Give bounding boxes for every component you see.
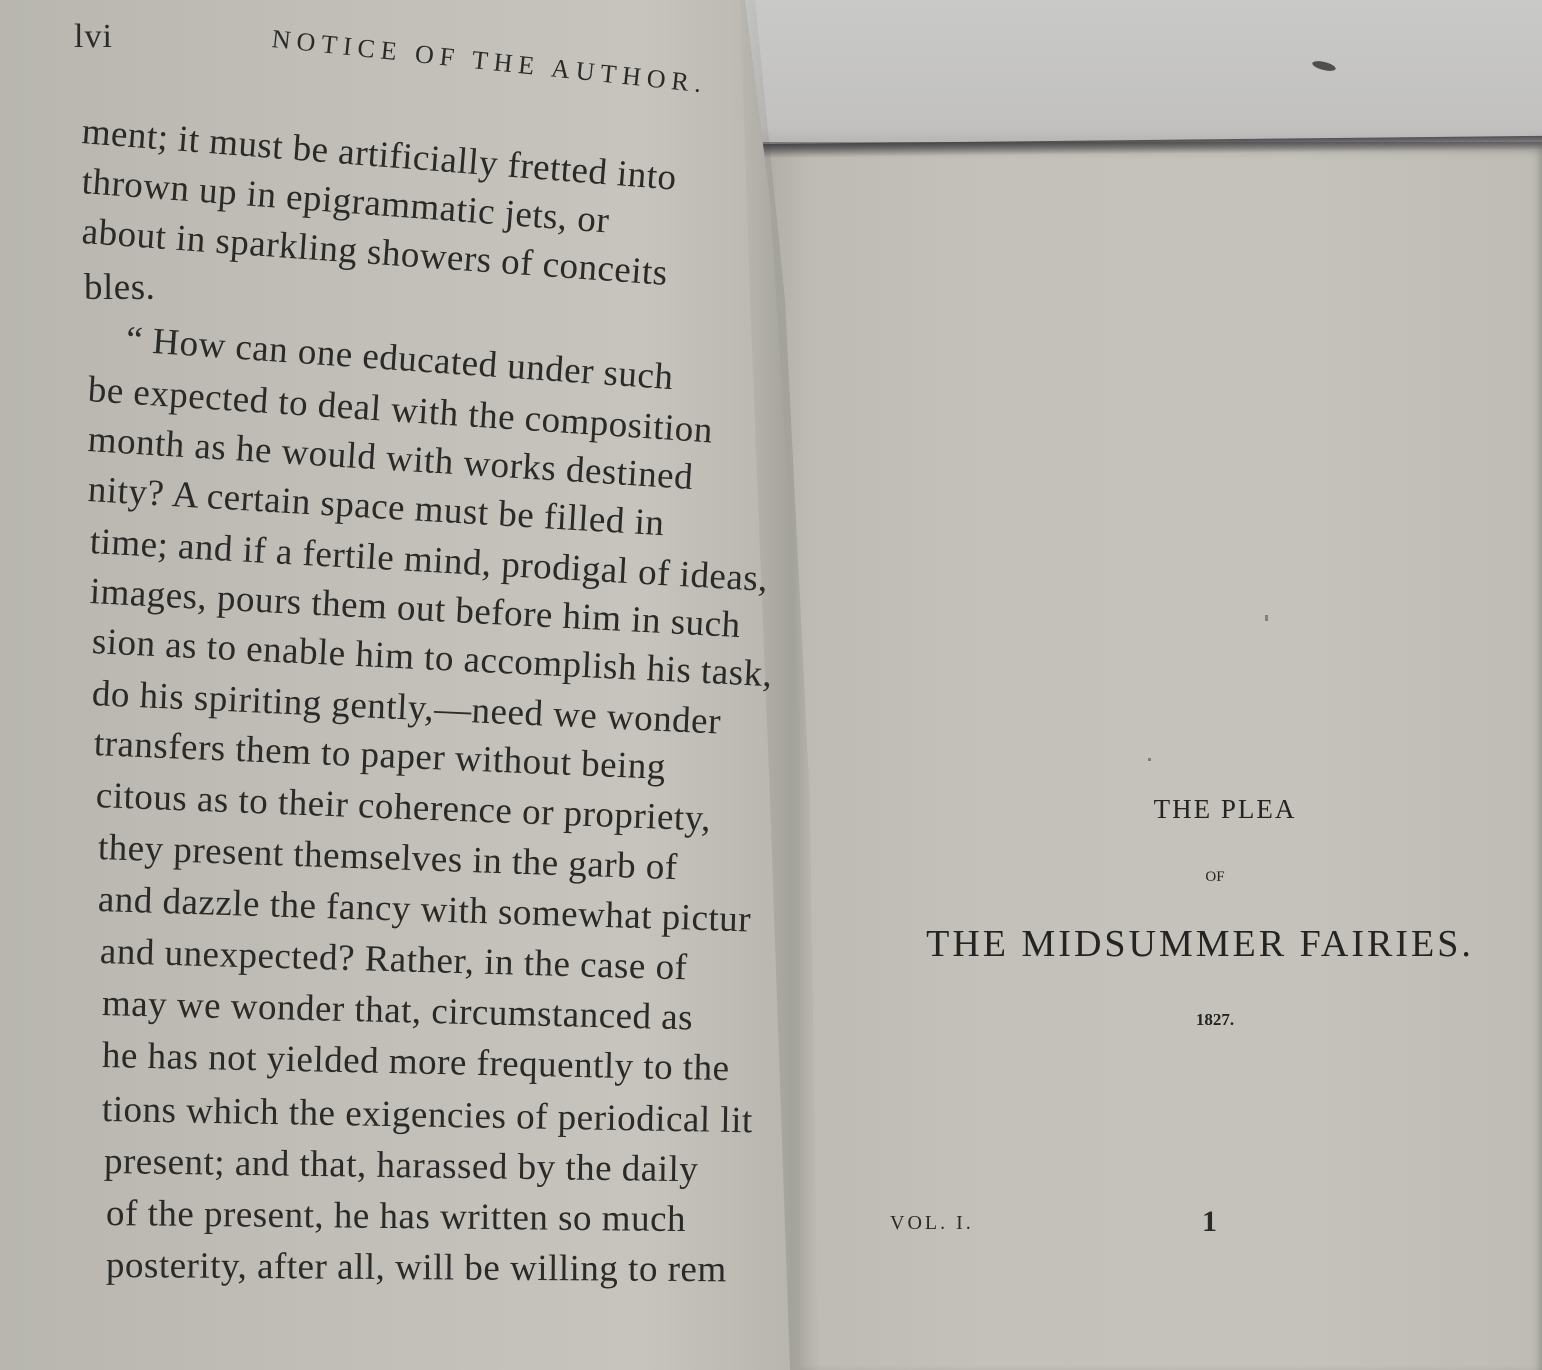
book-photo: lvi NOTICE OF THE AUTHOR. ment; it must …: [0, 0, 1542, 1370]
text-line: bles.: [84, 266, 155, 309]
text-line: present; and that, harassed by the daily: [104, 1140, 699, 1191]
title-line-1: THE PLEA: [940, 794, 1510, 825]
title-line-2: OF: [920, 869, 1510, 886]
right-page: [745, 142, 1542, 1370]
volume-signature: VOL. I.: [890, 1212, 974, 1235]
title-page: THE PLEA OF THE MIDSUMMER FAIRIES. 1827.: [870, 780, 1510, 1030]
text-line: of the present, he has written so much: [106, 1192, 686, 1241]
text-line: posterity, after all, will be willing to…: [106, 1244, 727, 1291]
background-surface: [740, 0, 1542, 160]
paper-speck: [1265, 615, 1268, 621]
title-main: THE MIDSUMMER FAIRIES.: [890, 922, 1510, 966]
signature-number: 1: [1202, 1205, 1217, 1239]
page-number: lvi: [74, 18, 113, 56]
publication-year: 1827.: [920, 1010, 1510, 1030]
paper-speck: [1148, 758, 1151, 761]
